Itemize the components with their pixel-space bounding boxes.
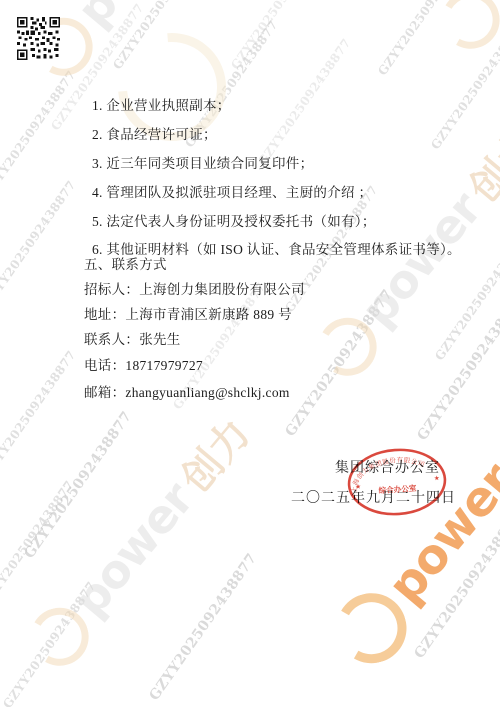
contact-line-address: 地址：上海市青浦区新康路 889 号 <box>84 303 292 323</box>
qr-code <box>17 17 60 60</box>
watermark-code: GZYY2025092438877 <box>0 579 98 707</box>
watermark-code: GZYY2025092438877 <box>228 0 326 72</box>
contact-line-bidder: 招标人：上海创力集团股份有限公司 <box>84 278 305 298</box>
signature-date: 二〇二五年九月二十四日 <box>291 487 456 507</box>
swoosh-icon <box>329 585 415 671</box>
swoosh-icon <box>24 601 95 672</box>
list-item: 3. 近三年同类项目业绩合同复印件； <box>92 152 313 172</box>
watermark-code: GZYY2025092438877 <box>414 291 500 444</box>
contact-line-person: 联系人：张先生 <box>84 328 181 348</box>
watermark-code: GZYY2025092438877 <box>428 20 500 152</box>
watermark-code: GZYY2025092438877 <box>282 287 396 440</box>
signature-office: 集团综合办公室 <box>335 457 440 477</box>
watermark-code: GZYY2025092438877 <box>0 178 79 310</box>
list-item: 5. 法定代表人身份证明及授权委托书（如有）； <box>92 210 376 230</box>
contact-line-email: 邮箱：zhangyuanliang@shclkj.com <box>84 381 290 401</box>
document-page: GZYY2025092438877 GZYY2025092438877 GZYY… <box>0 0 500 707</box>
list-item: 1. 企业营业执照副本； <box>92 94 231 114</box>
watermark-code: GZYY2025092438877 <box>146 551 260 704</box>
list-item: 4. 管理团队及拟派驻项目经理、主厨的介绍 ； <box>92 181 372 201</box>
watermark-code: GZYY2025092438877 <box>0 68 79 200</box>
watermark-code: GZYY2025092438877 <box>21 409 135 562</box>
official-stamp: 上海创力集团股份有限公司 综合办公室 ★ ★ <box>344 444 450 520</box>
power-logo-watermark: power 创力 <box>19 404 261 677</box>
watermark-code: GZYY2025092438877 <box>255 36 353 168</box>
watermark-code: GZYY2025092438877 <box>375 0 473 78</box>
swoosh-icon <box>312 311 383 382</box>
section-heading: 五、联系方式 <box>84 253 167 273</box>
watermark-code: GZYY2025092438877 <box>110 0 208 72</box>
swoosh-icon <box>435 0 500 55</box>
power-logo-watermark: power 创力 <box>430 0 500 61</box>
watermark-code: GZYY2025092438877 <box>411 509 500 662</box>
contact-line-phone: 电话：18717979727 <box>84 354 203 374</box>
watermark-code: GZYY2025092438877 <box>0 348 79 480</box>
list-item: 2. 食品经营许可证； <box>92 123 217 143</box>
power-logo-watermark: power 创力 <box>322 373 500 678</box>
watermark-code: GZYY2025092438877 <box>0 478 77 610</box>
